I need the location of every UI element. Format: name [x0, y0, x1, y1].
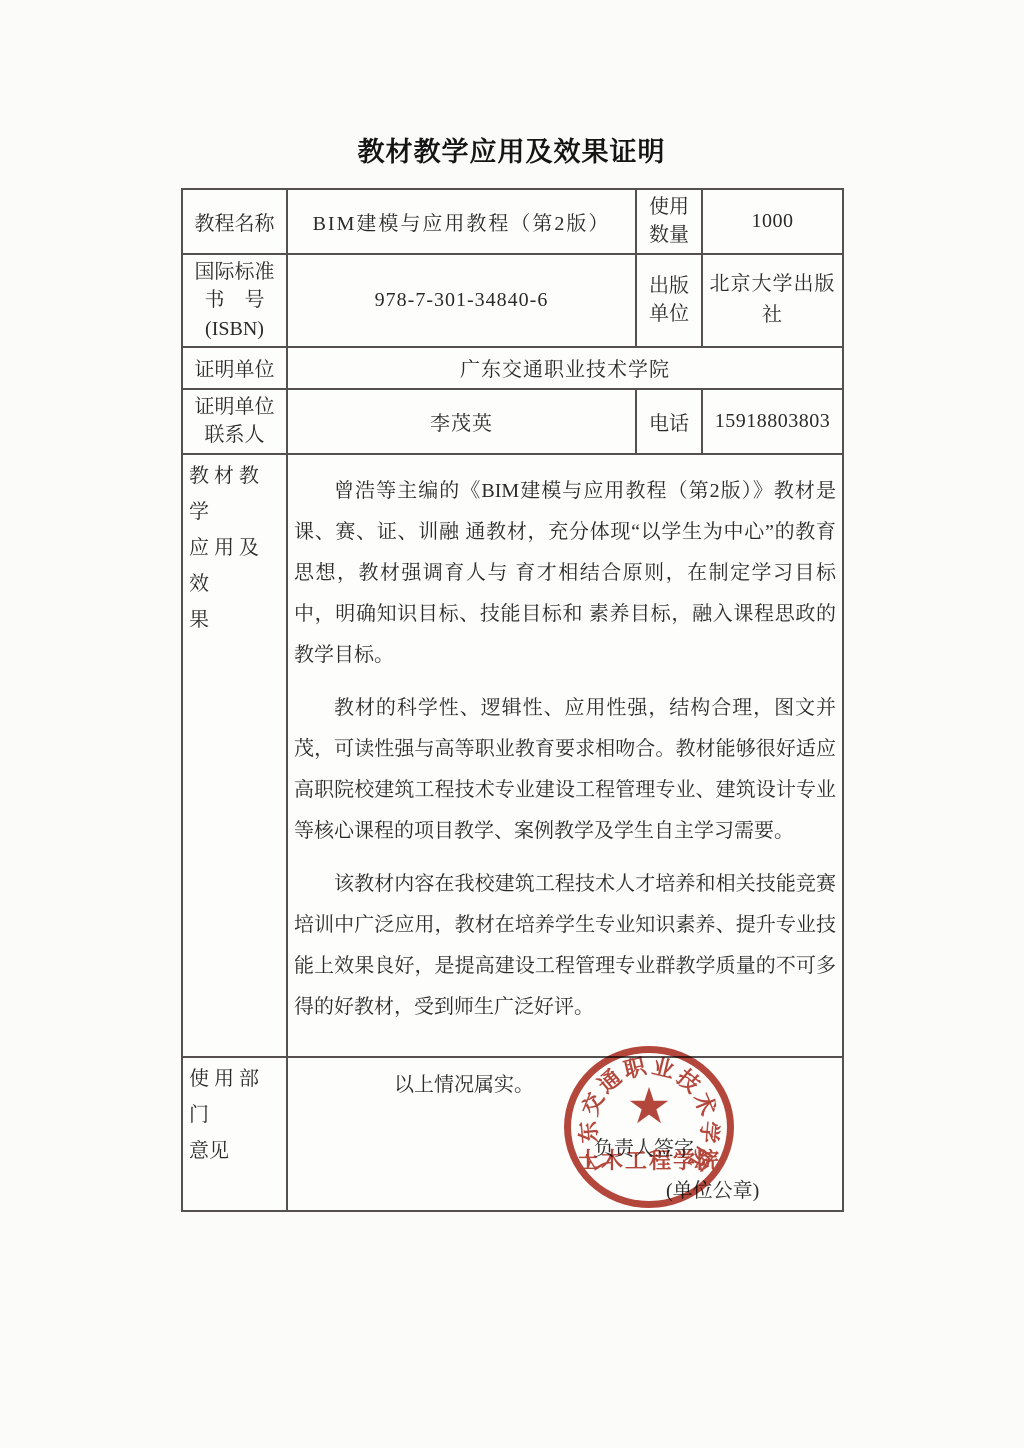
effect-content: 曾浩等主编的《BIM建模与应用教程（第2版）》教材是课、赛、证、训融 通教材，充… [287, 454, 843, 1057]
publisher-value: 北京大学出版社 [702, 254, 843, 347]
effect-label: 教 材 教 学 应 用 及 效 果 [182, 454, 287, 1057]
certificate-table: 教程名称 BIM建模与应用教程（第2版） 使用 数量 1000 国际标准 书 号… [181, 188, 844, 1212]
seal-label-text: (单位公章) [666, 1174, 759, 1203]
isbn-label: 国际标准 书 号 (ISBN) [182, 254, 287, 347]
course-name-label: 教程名称 [182, 189, 287, 254]
opinion-label: 使 用 部 门 意见 [182, 1057, 287, 1211]
usage-qty-label: 使用 数量 [636, 189, 702, 254]
opinion-content: 以上情况属实。 负责人签字 (单位公章) [287, 1057, 843, 1211]
contact-label: 证明单位 联系人 [182, 389, 287, 454]
effect-paragraph-2: 教材的科学性、逻辑性、应用性强，结构合理，图文并茂，可读性强与高等职业教育要求相… [294, 688, 836, 852]
isbn-value: 978-7-301-34840-6 [287, 254, 636, 347]
cert-org-value: 广东交通职业技术学院 [287, 347, 843, 389]
publisher-label: 出版 单位 [636, 254, 702, 347]
effect-paragraph-1: 曾浩等主编的《BIM建模与应用教程（第2版）》教材是课、赛、证、训融 通教材，充… [294, 471, 836, 676]
contact-value: 李茂英 [287, 389, 636, 454]
cert-org-label: 证明单位 [182, 347, 287, 389]
sign-label-text: 负责人签字 [594, 1132, 694, 1161]
statement-text: 以上情况属实。 [394, 1068, 534, 1097]
effect-paragraph-3: 该教材内容在我校建筑工程技术人才培养和相关技能竞赛培训中广泛应用，教材在培养学生… [294, 864, 836, 1028]
phone-label: 电话 [636, 389, 702, 454]
course-name-value: BIM建模与应用教程（第2版） [287, 189, 636, 254]
phone-value: 15918803803 [702, 389, 843, 454]
document-title: 教材教学应用及效果证明 [181, 130, 842, 169]
usage-qty-value: 1000 [702, 189, 843, 254]
